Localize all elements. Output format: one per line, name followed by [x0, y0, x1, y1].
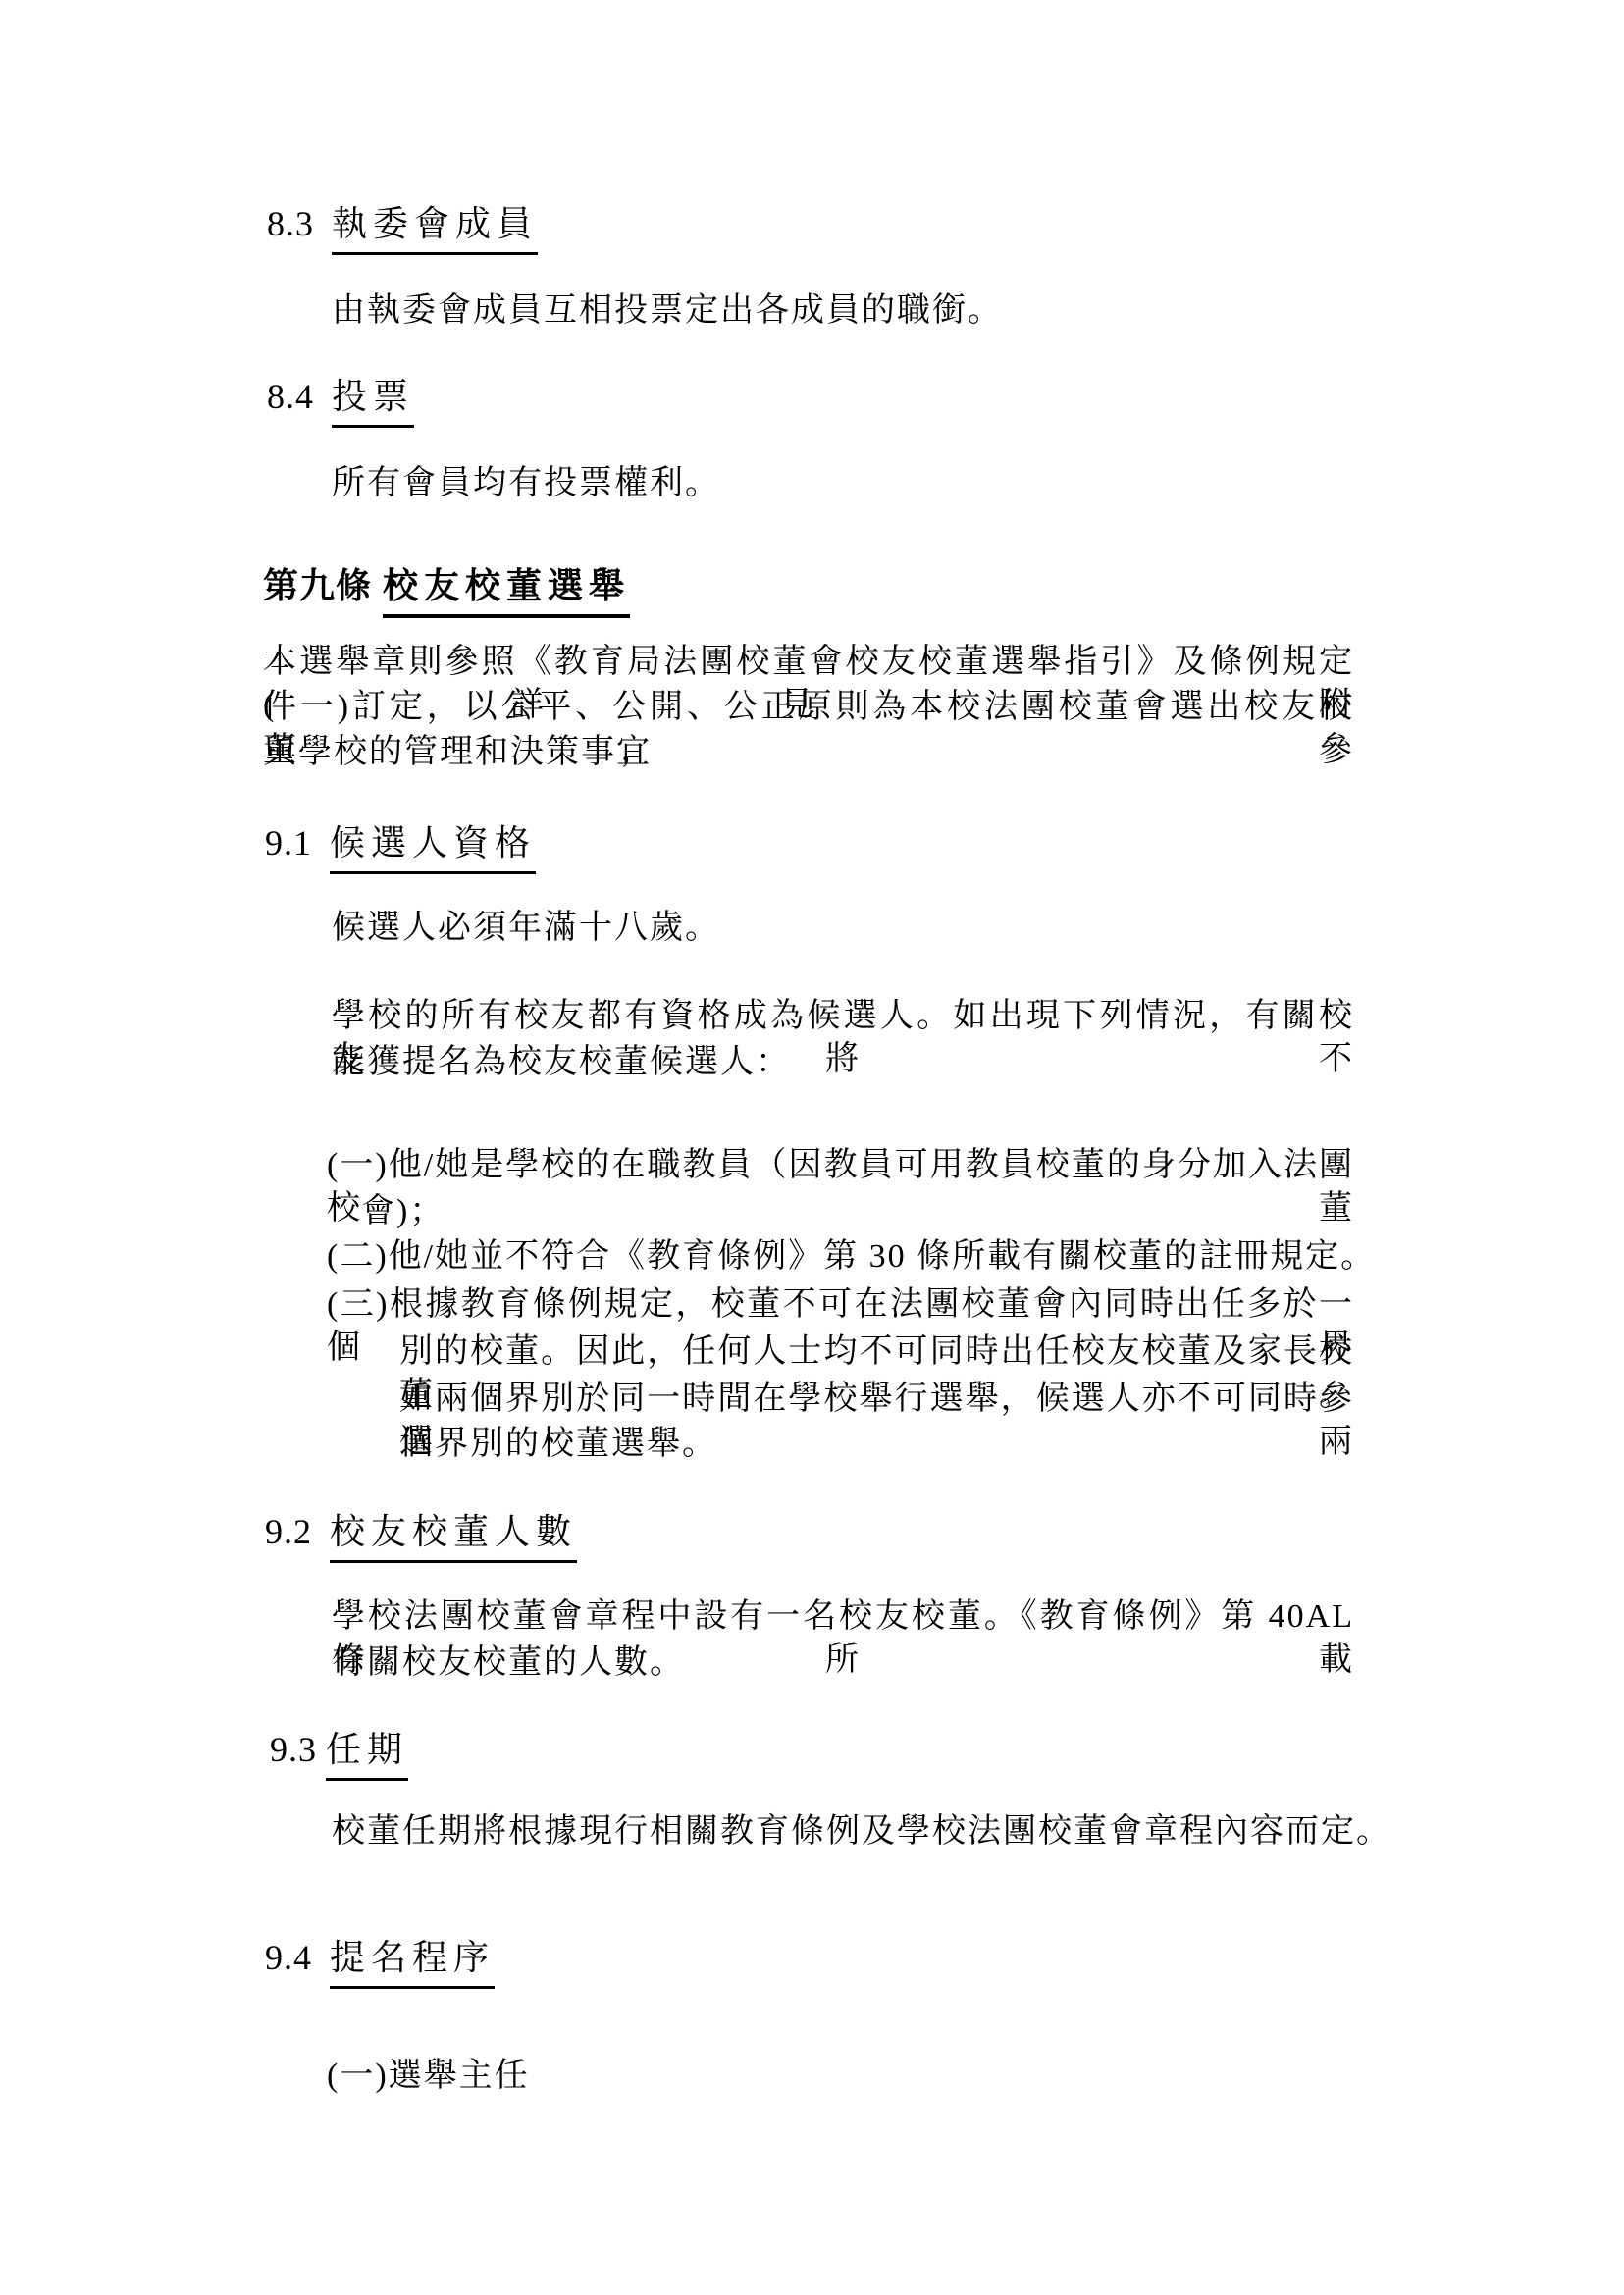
paragraph-line: 由執委會成員互相投票定出各成員的職銜。	[332, 289, 1003, 333]
document-page: 8.3執委會成員 由執委會成員互相投票定出各成員的職銜。 8.4投票 所有會員均…	[0, 0, 1624, 2295]
list-item-1-line-1: (一)他/她是學校的在職教員（因教員可用教員校董的身分加入法團校董	[327, 1144, 1354, 1230]
section-number: 9.4	[265, 1935, 330, 1980]
article-number: 第九條	[263, 563, 383, 608]
section-number: 9.3	[270, 1727, 326, 1772]
list-item-3-line-4: 個界別的校董選舉。	[399, 1423, 717, 1466]
section-title: 提名程序	[330, 1935, 495, 1989]
section-heading-9-4: 9.4提名程序	[265, 1935, 495, 1989]
paragraph-line: 校董任期將根據現行相關教育條例及學校法團校董會章程內容而定。	[332, 1810, 1391, 1853]
section-title: 候選人資格	[330, 820, 536, 874]
article-title: 校友校董選舉	[383, 563, 630, 618]
section-title: 任期	[326, 1727, 408, 1781]
section-heading-9-3: 9.3任期	[270, 1727, 408, 1781]
paragraph-line: 所有會員均有投票權利。	[332, 462, 720, 505]
section-title: 校友校董人數	[330, 1509, 577, 1563]
list-item-2: (二)他/她並不符合《教育條例》第 30 條所載有關校董的註冊規定。	[327, 1235, 1376, 1278]
paragraph-line: 與學校的管理和決策事宜	[263, 731, 652, 774]
section-number: 8.3	[267, 201, 332, 246]
section-heading-9-1: 9.1候選人資格	[265, 820, 536, 874]
section-title: 投票	[332, 374, 414, 428]
list-item-1-line-2: 會)；	[361, 1190, 445, 1233]
section-number: 8.4	[267, 374, 332, 419]
section-number: 9.2	[265, 1509, 330, 1554]
section-title: 執委會成員	[332, 201, 538, 255]
paragraph-line: 候選人必須年滿十八歲。	[332, 907, 720, 950]
section-number: 9.1	[265, 820, 330, 865]
list-item-election-officer: (一)選舉主任	[327, 2055, 530, 2098]
section-heading-8-3: 8.3執委會成員	[267, 201, 538, 255]
section-heading-9-2: 9.2校友校董人數	[265, 1509, 577, 1563]
article-heading-9: 第九條校友校董選舉	[263, 563, 630, 618]
section-heading-8-4: 8.4投票	[267, 374, 414, 428]
paragraph-line: 能獲提名為校友校董候選人：	[332, 1041, 791, 1084]
paragraph-line: 有關校友校董的人數。	[332, 1642, 685, 1685]
